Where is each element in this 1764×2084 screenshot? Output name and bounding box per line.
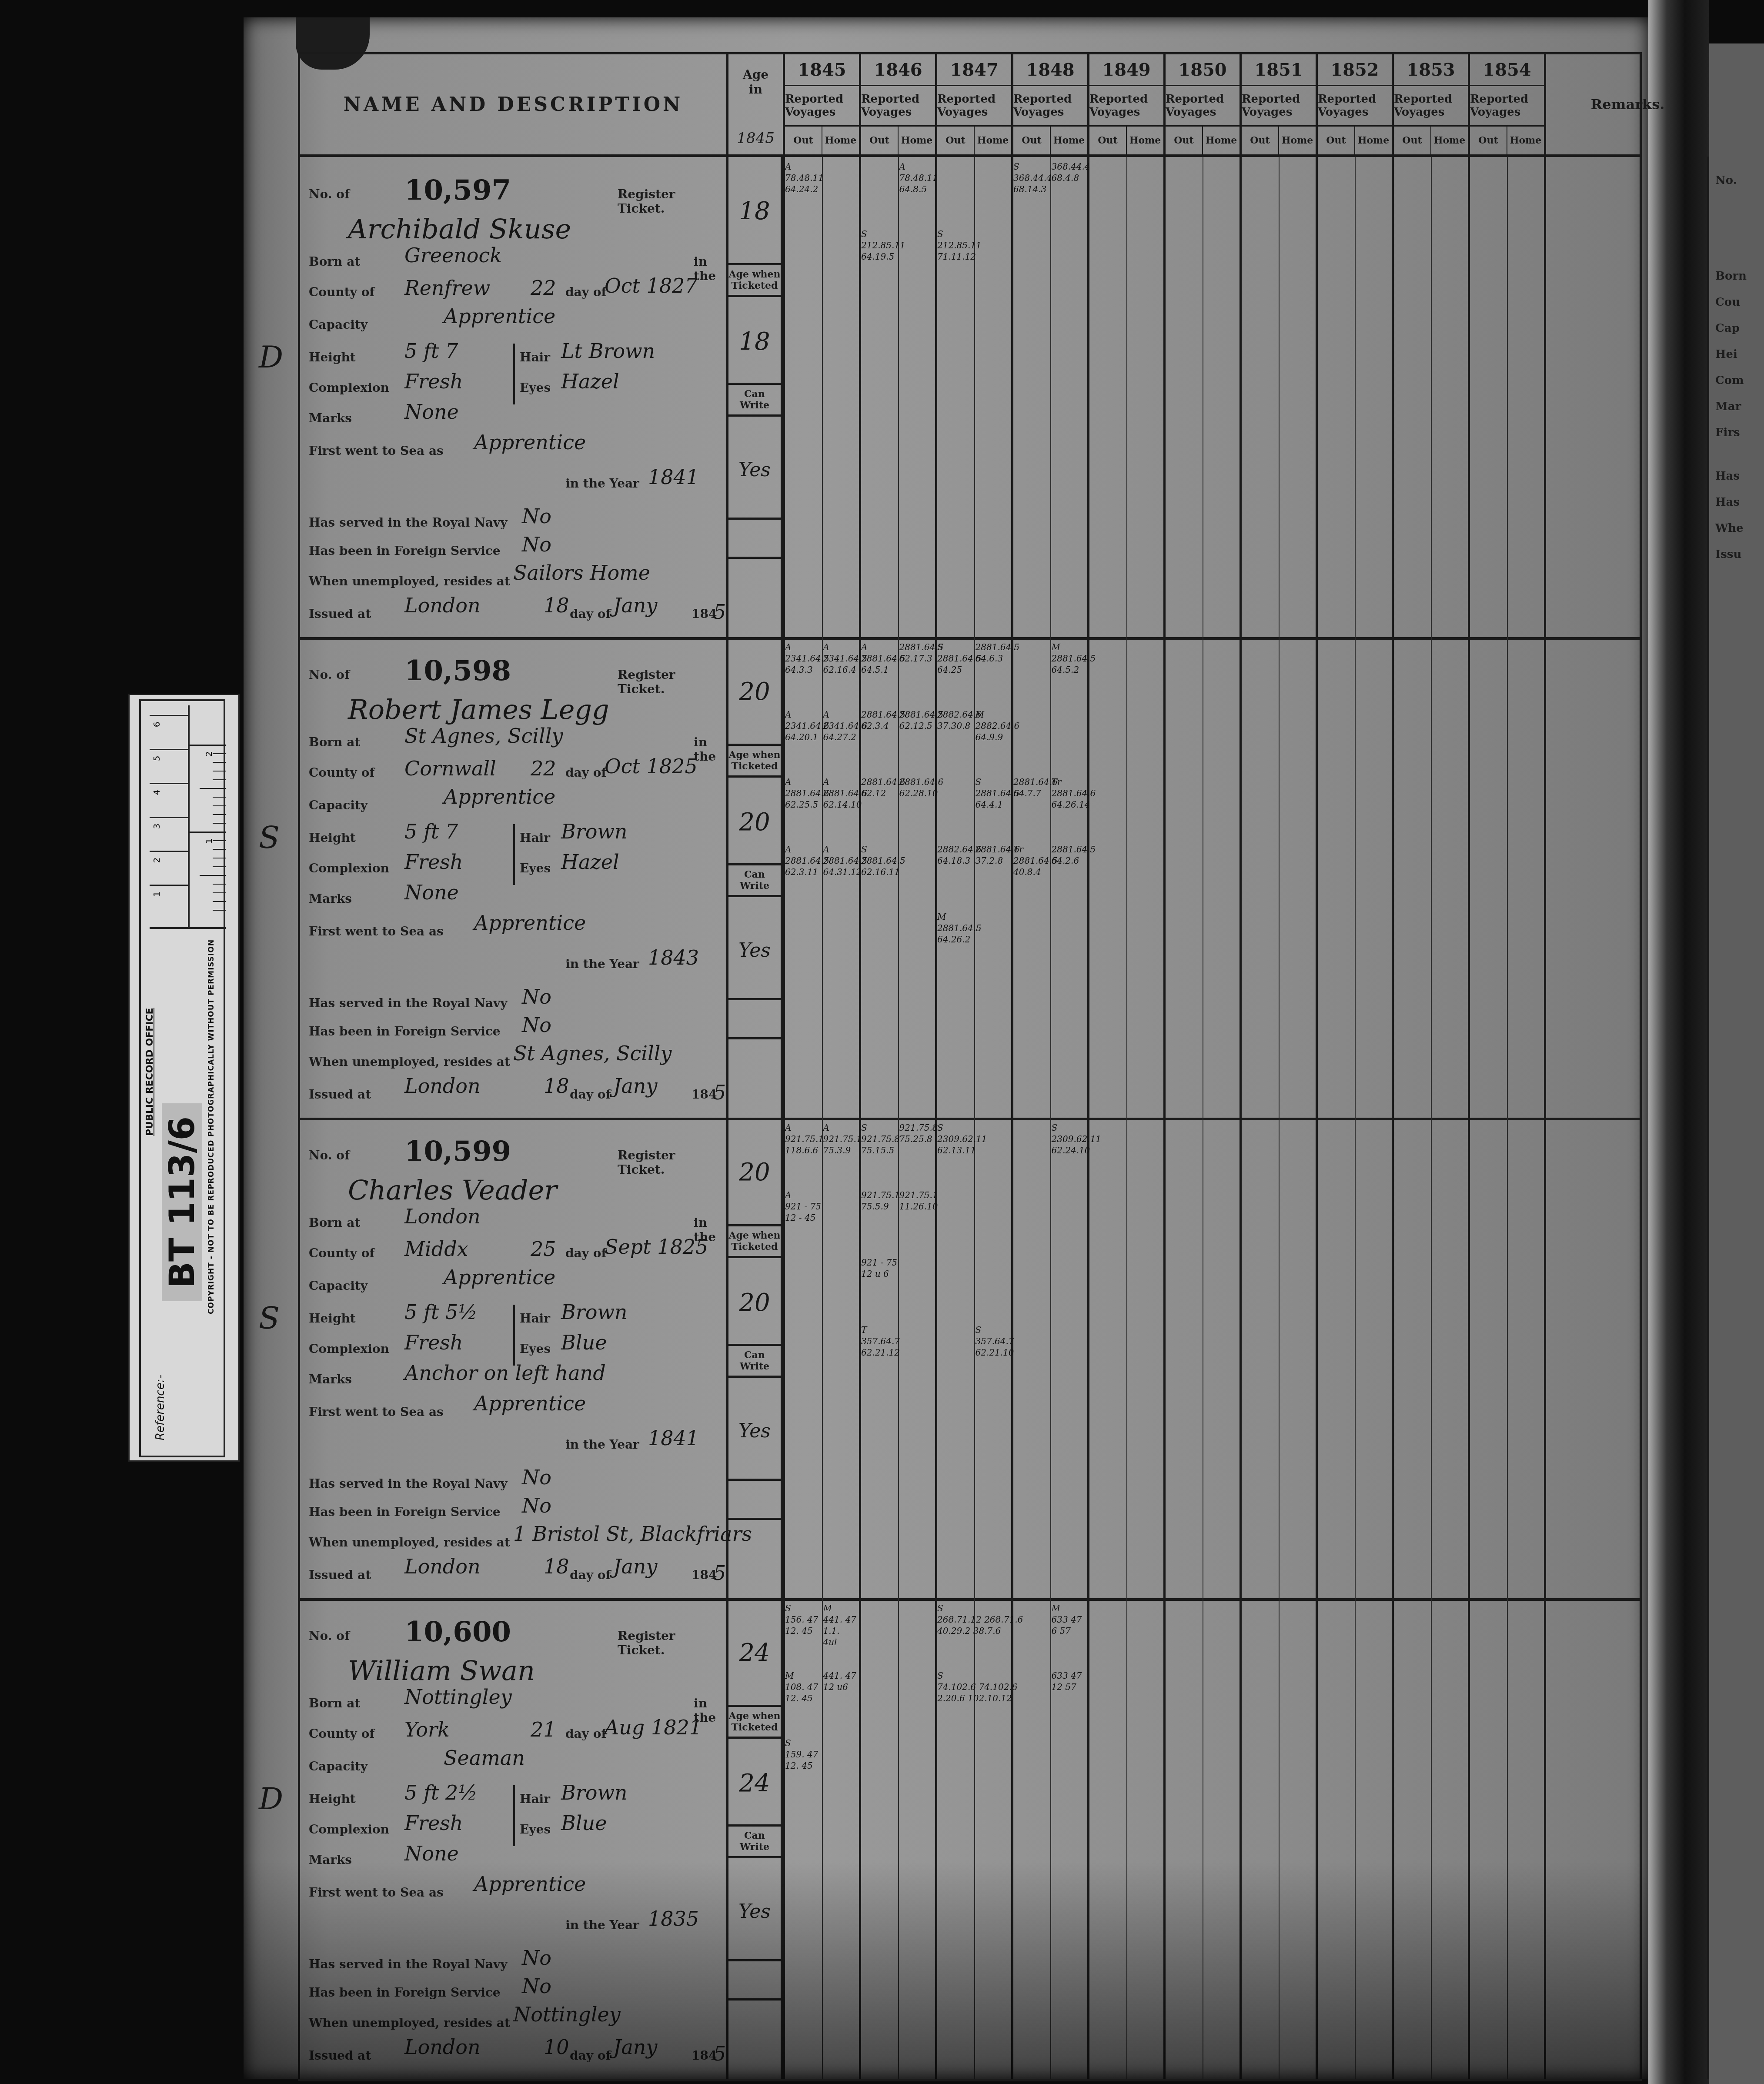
royal-navy-answer: No [522, 1466, 551, 1489]
ruler-minor-tick [213, 858, 226, 858]
ruler-minor-tick [213, 866, 226, 867]
voyage-entry: 2881.64.5 64.2.6 [1052, 844, 1096, 866]
out-home-subheader: OutHome [937, 127, 1011, 154]
out-home-subheader: OutHome [861, 127, 935, 154]
year-column-header: 1847Reported VoyagesOutHome [935, 54, 1011, 154]
public-record-office-label: PUBLIC RECORD OFFICE [144, 1008, 155, 1136]
reference-card-border: 12345612 Reference:- BT 113/6 PUBLIC REC… [139, 699, 225, 1457]
year-column-header: 1851Reported VoyagesOutHome [1239, 54, 1316, 154]
voyage-year-column [1392, 637, 1468, 1118]
year-label: 1846 [861, 54, 935, 86]
capacity-label: Capacity [309, 798, 367, 812]
capacity: Apprentice [444, 1266, 555, 1289]
eyes-label: Eyes [520, 1342, 551, 1356]
born-at-label: Born at [309, 254, 360, 269]
county-of-label: County of [309, 285, 374, 299]
age-in-1845: 24 [728, 1603, 781, 1703]
issued-month: Jany [613, 1555, 657, 1578]
birth-month-year: Sept 1825 [605, 1235, 708, 1259]
out-label: Out [1394, 127, 1430, 154]
name-and-description-cell: SNo. of10,599Register Ticket.Charles Vea… [300, 1118, 726, 1598]
county: York [404, 1718, 450, 1741]
ruler-minor-tick [213, 910, 226, 911]
year-label: 1848 [1013, 54, 1087, 86]
first-went-to-sea-label: First went to Sea as [309, 1405, 444, 1419]
year-column-header: 1846Reported VoyagesOutHome [859, 54, 935, 154]
hair: Brown [561, 820, 628, 843]
facing-page-label: Cou [1715, 296, 1740, 309]
age-when-ticketed: 20 [728, 785, 781, 859]
ruler-cm-label: 4 [151, 790, 162, 795]
year-label: 1854 [1470, 54, 1544, 86]
marks-label: Marks [309, 892, 352, 906]
resides-at-label: When unemployed, resides at [309, 574, 510, 588]
ruler-minor-tick [213, 814, 226, 815]
seaman-name: William Swan [348, 1655, 535, 1687]
marks-label: Marks [309, 1372, 352, 1386]
ruler-minor-tick [213, 849, 226, 850]
voyage-entry: 921.75.8 75.25.8 [899, 1122, 938, 1145]
county-of-label: County of [309, 1727, 374, 1741]
county-of-label: County of [309, 1246, 374, 1260]
voyage-entry: M 633 47 6 57 [1052, 1603, 1082, 1636]
foreign-service-label: Has been in Foreign Service [309, 1024, 501, 1039]
register-ticket-label: Register Ticket. [618, 187, 726, 216]
age-when-ticketed-label: Age when Ticketed [728, 1224, 781, 1258]
home-label: Home [1354, 127, 1392, 154]
voyage-entry: M 441. 47 1.1. 4ul [823, 1603, 856, 1648]
facing-page-label: Cap [1715, 322, 1740, 335]
voyage-year-column [1468, 1598, 1544, 2079]
first-went-to-sea-as: Apprentice [474, 911, 586, 935]
reported-voyages-label: Reported Voyages [1242, 86, 1316, 127]
voyage-entry: S 921.75.8 75.15.5 [861, 1122, 900, 1156]
voyage-year-column [1316, 157, 1392, 637]
ruler-minor-tick [213, 823, 226, 824]
eyes: Hazel [561, 850, 619, 874]
home-label: Home [898, 127, 935, 154]
eyes: Blue [561, 1811, 607, 1835]
voyage-grid [783, 1598, 1709, 2079]
eyes: Blue [561, 1331, 607, 1354]
day-of-label: day of [565, 285, 606, 299]
out-label: Out [785, 127, 822, 154]
issued-day: 18 [544, 594, 569, 617]
foreign-service-label: Has been in Foreign Service [309, 544, 501, 558]
home-label: Home [1202, 127, 1239, 154]
born-at-label: Born at [309, 1216, 360, 1230]
voyage-entry: 2881.64.6 62.28.10 [899, 776, 944, 799]
issued-at-label: Issued at [309, 607, 371, 621]
remarks-cell [1544, 1598, 1709, 2079]
voyage-year-column [1011, 1118, 1087, 1598]
year-label: 1850 [1166, 54, 1239, 86]
divider [728, 1479, 781, 1481]
home-label: Home [1050, 127, 1087, 154]
reported-voyages-label: Reported Voyages [1166, 86, 1239, 127]
reported-voyages-label: Reported Voyages [861, 86, 935, 127]
issued-year-suffix: 5 [713, 2042, 726, 2065]
voyage-year-column [1468, 637, 1544, 1118]
ruler-minor-tick [213, 805, 226, 806]
register-ticket-label: Register Ticket. [618, 1148, 726, 1177]
out-home-subheader: OutHome [1089, 127, 1163, 154]
marks-label: Marks [309, 411, 352, 425]
ruler-minor-tick [200, 875, 226, 876]
reference-code: BT 113/6 [162, 1103, 202, 1301]
foreign-service-label: Has been in Foreign Service [309, 1505, 501, 1519]
year-label: 1853 [1394, 54, 1468, 86]
voyage-entry: A 921 - 75 12 - 45 [785, 1189, 821, 1223]
birth-day: 21 [531, 1718, 556, 1741]
register-ticket-number: 10,598 [404, 655, 511, 687]
issued-place: London [404, 2035, 481, 2059]
reported-voyages-label: Reported Voyages [937, 86, 1011, 127]
voyage-grid [783, 157, 1709, 637]
capacity-label: Capacity [309, 1279, 367, 1293]
first-went-to-sea-label: First went to Sea as [309, 444, 444, 458]
copyright-notice: COPYRIGHT - NOT TO BE REPRODUCED PHOTOGR… [207, 939, 216, 1314]
complexion: Fresh [404, 850, 463, 874]
in-the-year-label: in the Year [565, 476, 639, 491]
voyage-entry: M 2881.64.5 64.5.2 [1052, 641, 1096, 675]
out-label: Out [1242, 127, 1278, 154]
first-went-to-sea-as: Apprentice [474, 1872, 586, 1896]
ruler-minor-tick [213, 779, 226, 780]
reported-voyages-label: Reported Voyages [1394, 86, 1468, 127]
issued-place: London [404, 1074, 481, 1098]
day-of-label: day of [570, 2048, 611, 2063]
ruler-tick [190, 745, 226, 746]
hair: Brown [561, 1300, 628, 1324]
voyage-year-column [1239, 1598, 1316, 2079]
voyage-entry: M 2882.64.6 64.9.9 [976, 709, 1020, 743]
resides-at-label: When unemployed, resides at [309, 2016, 510, 2030]
year-column-header: 1852Reported VoyagesOutHome [1316, 54, 1392, 154]
register-page: NAME AND DESCRIPTION Age in 1845 1845Rep… [244, 17, 1648, 2079]
name-and-description-cell: SNo. of10,598Register Ticket.Robert Jame… [300, 637, 726, 1118]
voyage-year-column [1239, 1118, 1316, 1598]
residence: Nottingley [513, 2003, 621, 2026]
year-label: 1851 [1242, 54, 1316, 86]
age-column: 24Age when Ticketed24Can WriteYes [726, 1598, 783, 2079]
foreign-service-answer: No [522, 533, 551, 556]
resides-at-label: When unemployed, resides at [309, 1055, 510, 1069]
voyage-entry: S 2881.64.5 62.16.11 [861, 844, 905, 878]
out-home-subheader: OutHome [1470, 127, 1544, 154]
year-column-header: 1845Reported VoyagesOutHome [783, 54, 859, 154]
voyage-entry: S 212.85.11 64.19.5 [861, 228, 905, 262]
ruler-minor-tick [213, 840, 226, 841]
divider [728, 518, 781, 520]
voyage-entry: 633 47 12 57 [1052, 1670, 1082, 1693]
height-label: Height [309, 1311, 356, 1326]
voyage-year-column [1087, 637, 1163, 1118]
age-when-ticketed: 18 [728, 304, 781, 378]
capacity-label: Capacity [309, 317, 367, 332]
voyage-year-column [1239, 637, 1316, 1118]
voyage-year-column [783, 157, 859, 637]
age-in-1845: 18 [728, 161, 781, 261]
facing-page-label: Has [1715, 470, 1740, 483]
facing-page-label: Hei [1715, 348, 1737, 361]
margin-mark: D [259, 339, 283, 375]
out-label: Out [1318, 127, 1354, 154]
ruler-minor-tick [213, 901, 226, 902]
register-ticket-label: Register Ticket. [618, 668, 726, 696]
day-of-label: day of [565, 1727, 606, 1741]
complexion-label: Complexion [309, 861, 389, 875]
year-label: 1845 [785, 54, 859, 86]
voyage-entry: 921 - 75 12 u 6 [861, 1257, 897, 1279]
day-of-label: day of [565, 765, 606, 780]
age-column: 18Age when Ticketed18Can WriteYes [726, 157, 783, 637]
complexion: Fresh [404, 370, 463, 393]
day-of-label: day of [565, 1246, 606, 1260]
divider [513, 824, 515, 885]
seaman-record: DNo. of10,597Register Ticket.Archibald S… [300, 157, 1640, 640]
facing-page-label: Has [1715, 496, 1740, 509]
divider [728, 557, 781, 559]
facing-page-label: Whe [1715, 522, 1744, 535]
year-label: 1852 [1318, 54, 1392, 86]
divider [728, 998, 781, 1000]
ruler-minor-tick [213, 762, 226, 763]
birth-day: 22 [531, 757, 556, 780]
can-write-label: Can Write [728, 383, 781, 417]
county-of-label: County of [309, 765, 374, 780]
voyage-year-column [1392, 157, 1468, 637]
register-ticket-number: 10,600 [404, 1616, 511, 1648]
issued-at-label: Issued at [309, 1568, 371, 1582]
no-of-label: No. of [309, 668, 350, 682]
birth-day: 22 [531, 276, 556, 300]
eyes-label: Eyes [520, 1822, 551, 1837]
county: Renfrew [404, 276, 490, 300]
voyage-year-column [1392, 1598, 1468, 2079]
royal-navy-answer: No [522, 504, 551, 528]
ruler-cm-label: 3 [151, 824, 162, 829]
voyage-entry: Tr 2881.64.6 64.26.14 [1052, 776, 1096, 810]
voyage-entry: A 78.48.11 64.8.5 [899, 161, 938, 195]
remarks-cell [1544, 637, 1709, 1118]
voyage-entry: S 159. 47 12. 45 [785, 1737, 818, 1771]
can-write-label: Can Write [728, 863, 781, 897]
ruler-tick [150, 817, 188, 818]
year-label: 1847 [937, 54, 1011, 86]
issued-month: Jany [613, 1074, 657, 1098]
age-in-1845: 20 [728, 1122, 781, 1222]
age-in-header: Age in 1845 [726, 54, 783, 154]
ruler-inch-label: 2 [204, 751, 214, 757]
birthplace: St Agnes, Scilly [404, 724, 563, 748]
first-went-to-sea-label: First went to Sea as [309, 924, 444, 938]
age-when-ticketed-label: Age when Ticketed [728, 263, 781, 297]
height: 5 ft 7 [404, 820, 458, 843]
voyage-year-column [1316, 637, 1392, 1118]
day-of-label: day of [570, 1568, 611, 1582]
issued-place: London [404, 1555, 481, 1578]
ruler-inch-label: 1 [204, 838, 214, 844]
age-in-1845: 20 [728, 641, 781, 741]
margin-mark: D [259, 1781, 283, 1817]
seaman-record: SNo. of10,598Register Ticket.Robert Jame… [300, 637, 1640, 1120]
voyage-entry: S 156. 47 12. 45 [785, 1603, 818, 1636]
issued-year-suffix: 5 [713, 1081, 726, 1104]
ruler-minor-tick [213, 892, 226, 893]
in-the-year-label: in the Year [565, 1918, 639, 1932]
age-column: 20Age when Ticketed20Can WriteYes [726, 1118, 783, 1598]
age-column: 20Age when Ticketed20Can WriteYes [726, 637, 783, 1118]
year-column-header: 1848Reported VoyagesOutHome [1011, 54, 1087, 154]
out-label: Out [1013, 127, 1050, 154]
birthplace: Greenock [404, 244, 502, 267]
reported-voyages-label: Reported Voyages [785, 86, 859, 127]
birth-month-year: Oct 1825 [605, 755, 698, 778]
divider [513, 1785, 515, 1846]
can-write-label: Can Write [728, 1344, 781, 1378]
ruler-minor-tick [213, 753, 226, 754]
scale-ruler: 12345612 [150, 705, 226, 929]
margin-mark: S [259, 820, 280, 855]
born-at-label: Born at [309, 1696, 360, 1710]
register-table: NAME AND DESCRIPTION Age in 1845 1845Rep… [298, 52, 1642, 2081]
out-label: Out [1089, 127, 1126, 154]
age-when-ticketed: 20 [728, 1266, 781, 1339]
resides-at-label: When unemployed, resides at [309, 1535, 510, 1550]
ruler-minor-tick [200, 832, 226, 832]
facing-page-label: Com [1715, 374, 1744, 387]
year-headers: 1845Reported VoyagesOutHome1846Reported … [783, 54, 1709, 154]
home-label: Home [1126, 127, 1163, 154]
ruler-minor-tick [213, 884, 226, 885]
voyage-entry: 921.75.1 75.5.9 [861, 1189, 900, 1212]
voyage-entry: 921.75.1 11.26.10 [899, 1189, 938, 1212]
foreign-service-label: Has been in Foreign Service [309, 1985, 501, 2000]
issued-day: 10 [544, 2035, 569, 2059]
voyage-year-column [1468, 157, 1544, 637]
table-header: NAME AND DESCRIPTION Age in 1845 1845Rep… [300, 54, 1640, 157]
capacity-label: Capacity [309, 1759, 367, 1773]
height: 5 ft 7 [404, 339, 458, 363]
voyage-entry: A 921.75.1 118.6.6 [785, 1122, 824, 1156]
voyage-entry: S 2309.62.11 62.13.11 [937, 1122, 987, 1156]
residence: St Agnes, Scilly [513, 1042, 672, 1065]
foreign-service-answer: No [522, 1974, 551, 1998]
hair-label: Hair [520, 831, 550, 845]
can-write-label: Can Write [728, 1824, 781, 1858]
name-and-description-cell: DNo. of10,600Register Ticket.William Swa… [300, 1598, 726, 2079]
hair-label: Hair [520, 1311, 550, 1326]
ruler-minor-tick [213, 771, 226, 771]
voyage-year-column [1163, 157, 1239, 637]
ruler-minor-tick [200, 788, 226, 789]
age-when-ticketed-label: Age when Ticketed [728, 744, 781, 778]
first-sea-year: 1841 [648, 1426, 699, 1450]
marks: Anchor on left hand [404, 1361, 606, 1385]
no-of-label: No. of [309, 1629, 350, 1643]
ruler-tick [150, 851, 188, 852]
in-the-label: in the [694, 735, 726, 764]
no-of-label: No. of [309, 187, 350, 201]
out-home-subheader: OutHome [1318, 127, 1392, 154]
hair: Lt Brown [561, 339, 655, 363]
voyage-year-column [1239, 157, 1316, 637]
voyage-entry: 368.44.4 68.4.8 [1052, 161, 1090, 184]
county: Middx [404, 1237, 468, 1261]
year-column-header: 1853Reported VoyagesOutHome [1392, 54, 1468, 154]
facing-page-label: Born [1715, 270, 1747, 283]
voyage-entry: S 268.71.12 268.71.6 40.29.2 38.7.6 [937, 1603, 1023, 1636]
issued-at-label: Issued at [309, 2048, 371, 2063]
home-label: Home [1430, 127, 1468, 154]
height-label: Height [309, 831, 356, 845]
ruler-cm-label: 5 [151, 756, 162, 761]
out-label: Out [937, 127, 974, 154]
can-write-answer: Yes [728, 907, 781, 994]
voyage-year-column [1163, 1118, 1239, 1598]
divider [513, 344, 515, 404]
royal-navy-label: Has served in the Royal Navy [309, 515, 507, 530]
remarks-header: Remarks. [1544, 54, 1709, 154]
birth-month-year: Aug 1821 [605, 1716, 702, 1739]
divider [513, 1305, 515, 1366]
royal-navy-label: Has served in the Royal Navy [309, 996, 507, 1010]
voyage-entry: T 357.64.7 62.21.12 [861, 1324, 900, 1358]
no-of-label: No. of [309, 1148, 350, 1162]
facing-page-label: No. [1715, 174, 1737, 187]
voyage-entry: S 368.44.4 68.14.3 [1013, 161, 1052, 195]
first-went-to-sea-as: Apprentice [474, 431, 586, 454]
voyage-year-column [1087, 157, 1163, 637]
voyage-year-column [1163, 637, 1239, 1118]
reported-voyages-label: Reported Voyages [1470, 86, 1544, 127]
eyes-label: Eyes [520, 381, 551, 395]
birth-day: 25 [531, 1237, 556, 1261]
height: 5 ft 5½ [404, 1300, 478, 1324]
first-went-to-sea-as: Apprentice [474, 1392, 586, 1415]
seaman-record: SNo. of10,599Register Ticket.Charles Vea… [300, 1118, 1640, 1601]
reference-label: Reference:- [154, 1375, 167, 1440]
ruler-tick [150, 885, 188, 886]
complexion: Fresh [404, 1331, 463, 1354]
first-sea-year: 1843 [648, 946, 699, 969]
first-went-to-sea-label: First went to Sea as [309, 1885, 444, 1900]
can-write-answer: Yes [728, 426, 781, 513]
remarks-cell [1544, 157, 1709, 637]
year-label: 1849 [1089, 54, 1163, 86]
age-in-label: Age in [743, 67, 769, 97]
can-write-answer: Yes [728, 1387, 781, 1474]
home-label: Home [822, 127, 859, 154]
out-home-subheader: OutHome [1394, 127, 1468, 154]
residence: Sailors Home [513, 561, 650, 584]
marks: None [404, 881, 459, 904]
voyage-year-column [859, 1598, 935, 2079]
ruler-tick [150, 749, 188, 750]
voyage-year-column [1011, 157, 1087, 637]
out-home-subheader: OutHome [1242, 127, 1316, 154]
seaman-name: Robert James Legg [348, 694, 609, 725]
marks: None [404, 1842, 459, 1865]
voyage-year-column [1316, 1118, 1392, 1598]
home-label: Home [1507, 127, 1544, 154]
margin-mark: S [259, 1300, 280, 1336]
first-sea-year: 1841 [648, 465, 699, 489]
county: Cornwall [404, 757, 496, 780]
home-label: Home [974, 127, 1011, 154]
home-label: Home [1278, 127, 1316, 154]
